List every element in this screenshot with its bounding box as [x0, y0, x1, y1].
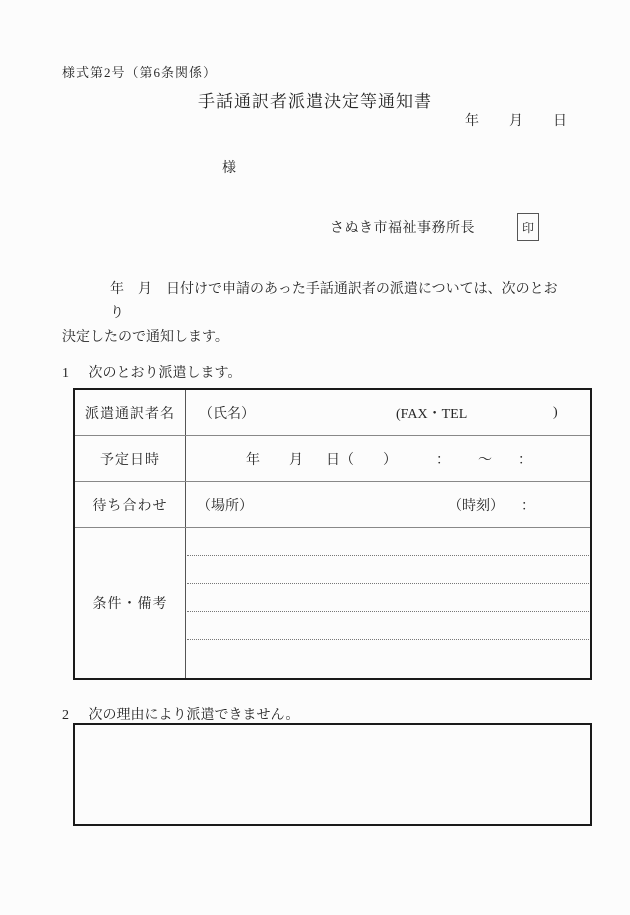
paragraph-line-2: 決定したので通知します。: [62, 326, 570, 350]
section1-number: 1: [62, 366, 72, 382]
rejection-reason-box: [73, 723, 592, 826]
faxtel-field-label: (FAX・TEL: [396, 403, 467, 423]
place-field-label: （場所）: [197, 495, 253, 515]
issue-date-line: 年 月 日: [465, 110, 567, 130]
addressee-suffix: 様: [222, 157, 236, 177]
row-label-meeting-point: 待ち合わせ: [75, 482, 186, 527]
row-content-conditions-remarks: [186, 528, 590, 678]
schedule-start-colon: ：: [436, 449, 450, 469]
section1-heading-text: 次のとおり派遣します。: [89, 366, 242, 381]
issuer-title: さぬき市福祉事務所長: [330, 217, 475, 237]
seal-label: 印: [522, 219, 534, 236]
remarks-ruled-line: [187, 639, 589, 640]
faxtel-close-paren: ): [553, 405, 558, 421]
form-number: 様式第2号（第6条関係）: [62, 62, 217, 81]
schedule-year-label: 年: [246, 449, 260, 469]
notification-paragraph: 年 月 日付けで申請のあった手話通訳者の派遣については、次のとおり 決定したので…: [62, 278, 570, 350]
row-content-scheduled-datetime: 年 月 日（ ） ： 〜 ：: [186, 436, 590, 481]
row-label-interpreter-name: 派遣通訳者名: [75, 390, 186, 435]
year-label: 年: [465, 110, 479, 130]
row-content-interpreter-name: （氏名） (FAX・TEL ): [186, 390, 590, 435]
row-label-scheduled-datetime: 予定日時: [75, 436, 186, 481]
row-label-conditions-remarks: 条件・備考: [75, 528, 186, 678]
dispatch-table: 派遣通訳者名 （氏名） (FAX・TEL ) 予定日時 年 月 日（ ） ： 〜…: [73, 388, 592, 680]
notification-form-page: 様式第2号（第6条関係） 手話通訳者派遣決定等通知書 年 月 日 様 さぬき市福…: [0, 0, 630, 915]
table-row-conditions-remarks: 条件・備考: [75, 527, 590, 678]
section2-heading-text: 次の理由により派遣できません。: [89, 708, 300, 723]
table-row-interpreter-name: 派遣通訳者名 （氏名） (FAX・TEL ): [75, 390, 590, 435]
schedule-end-colon: ：: [518, 449, 532, 469]
row-content-meeting-point: （場所） （時刻） ：: [186, 482, 590, 527]
remarks-ruled-line: [187, 611, 589, 612]
remarks-ruled-line: [187, 583, 589, 584]
table-row-meeting-point: 待ち合わせ （場所） （時刻） ：: [75, 481, 590, 527]
paragraph-line-1: 年 月 日付けで申請のあった手話通訳者の派遣については、次のとおり: [62, 278, 570, 326]
schedule-month-label: 月: [289, 449, 303, 469]
document-title: 手話通訳者派遣決定等通知書: [0, 87, 630, 112]
section1-heading: 1 次のとおり派遣します。: [62, 362, 241, 382]
section2-number: 2: [62, 708, 72, 724]
remarks-ruled-line: [187, 555, 589, 556]
meeting-time-colon: ：: [521, 495, 535, 515]
schedule-close-paren: ）: [383, 449, 397, 469]
schedule-tilde: 〜: [478, 449, 492, 469]
section2-heading: 2 次の理由により派遣できません。: [62, 704, 299, 724]
table-row-scheduled-datetime: 予定日時 年 月 日（ ） ： 〜 ：: [75, 435, 590, 481]
day-label: 日: [553, 110, 567, 130]
month-label: 月: [509, 110, 523, 130]
name-field-label: （氏名）: [199, 403, 255, 423]
seal-box: 印: [517, 213, 539, 241]
schedule-day-open-paren: 日（: [326, 449, 354, 469]
time-field-label: （時刻）: [448, 495, 504, 515]
